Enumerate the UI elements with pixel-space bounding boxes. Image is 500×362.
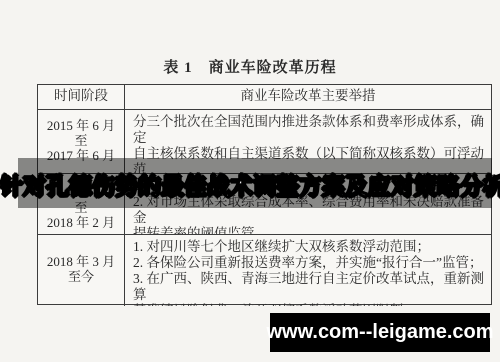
period-line: 2018 年 3 月: [38, 254, 124, 269]
row3-measures-cell: 1. 对四川等七个地区继续扩大双核系数浮动范围； 2. 各保险公司重新报送费率方…: [124, 234, 491, 306]
measures-line: 1. 对四川等七个地区继续扩大双核系数浮动范围；: [133, 239, 487, 255]
period-line: 至: [38, 133, 124, 148]
overlay-headline: 针对孔德伤势的最佳战术调整方案及应对策略分析: [0, 170, 500, 202]
document-page: 表 1 商业车险改革历程 时间阶段 商业车险改革主要举措 2015 年 6 月 …: [0, 0, 500, 362]
period-line: 2018 年 2 月: [38, 215, 124, 230]
measures-line: 3. 在广西、陕西、青海三地进行自主定价改革试点，重新测算: [133, 271, 487, 303]
measures-line: 2. 各保险公司重新报送费率方案，并实施“报行合一”监管；: [133, 255, 487, 271]
measures-line: 提转差率的阈值监管。: [133, 226, 487, 234]
table-caption: 表 1 商业车险改革历程: [0, 56, 500, 77]
watermark-url-text: www.com--leigame.com: [266, 321, 493, 344]
header-cell-measures: 商业车险改革主要举措: [124, 85, 491, 109]
watermark-badge: www.com--leigame.com: [270, 313, 490, 352]
period-line: 2015 年 6 月: [38, 118, 124, 133]
period-line: 至今: [38, 269, 124, 284]
header-cell-period: 时间阶段: [38, 85, 124, 109]
measures-line: 基准纯风险保费，放开双核系数浮动范围限制。: [133, 303, 487, 306]
measures-line: 分三个批次在全国范围内推进条款体系和费率形成体系，确定: [133, 114, 487, 146]
row3-period-cell: 2018 年 3 月 至今: [38, 234, 124, 306]
